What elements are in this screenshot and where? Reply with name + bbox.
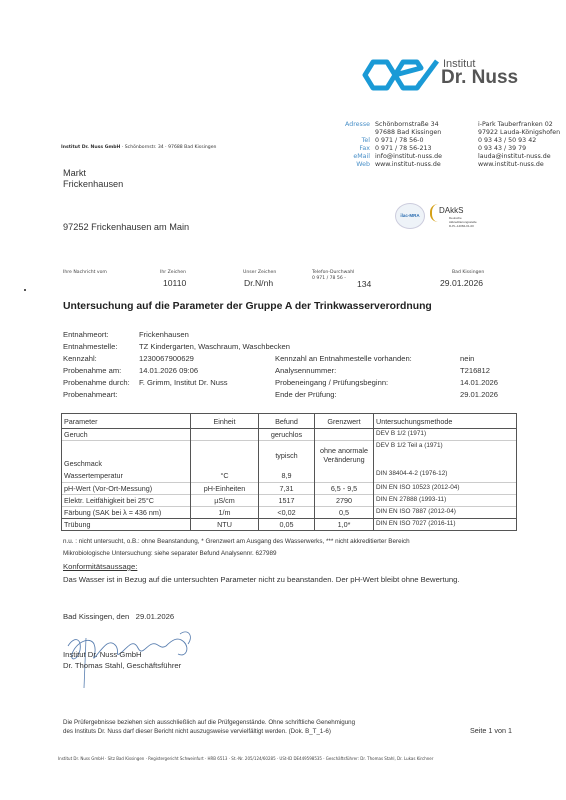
telefon-label: Telefon-Durchwahl [312,270,354,275]
contact-value: 97922 Lauda-Königshofen [478,129,566,137]
disclaimer: Die Prüfergebnisse beziehen sich ausschl… [63,719,355,736]
table-row: Wassertemperatur°C8,9DIN 38404-4-2 (1976… [62,469,517,483]
cell-befund: typisch [259,441,315,470]
cell-methode: DIN 38404-4-2 (1976-12) [374,469,517,483]
contact-label: Adresse [328,121,375,129]
cell-befund: geruchlos [259,429,315,441]
place-date-label: Bad Kissingen, den [63,612,129,621]
contact-label: eMail [328,153,375,161]
cell-befund: 7,31 [259,483,315,495]
dakks-bracket-icon [430,204,438,222]
recipient-line2: Frickenhausen [63,179,123,190]
ilac-text: ilac-MRA [396,213,424,218]
meta-value: 29.01.2026 [460,390,498,399]
place-date: Bad Kissingen, den 29.01.2026 [63,612,174,621]
cell-einheit: 1/m [191,507,259,519]
hexagon-logo-icon [361,58,439,92]
cell-einheit: µS/cm [191,495,259,507]
meta-value: F. Grimm, Institut Dr. Nuss [139,378,228,387]
table-row: pH-Wert (Vor-Ort-Messung)pH-Einheiten7,3… [62,483,517,495]
cell-methode: DIN EN ISO 10523 (2012-04) [374,483,517,495]
meta-label: Ende der Prüfung: [275,390,337,399]
ihre-nachricht-label: Ihre Nachricht vom [63,270,107,275]
recipient-address: Markt Frickenhausen [63,168,123,190]
meta-label: Probenahme durch: [63,378,130,387]
contact-value: Schönbornstraße 34 [375,121,478,129]
table-row: GeruchgeruchlosDEV B 1/2 (1971) [62,429,517,441]
logo-text-drnuss: Dr. Nuss [441,67,518,89]
meta-label: Entnahmeort: [63,330,109,339]
ilac-mra-logo: ilac-MRA [395,203,425,229]
contact-web-link[interactable]: www.institut-nuss.de [478,161,566,169]
unser-zeichen-label: Unser Zeichen [243,270,276,275]
meta-value: 14.01.2026 [460,378,498,387]
cell-grenzwert: 0,5 [315,507,374,519]
legal-footer: Institut Dr. Nuss GmbH · Sitz Bad Kissin… [58,756,433,761]
cell-parameter: pH-Wert (Vor-Ort-Messung) [62,483,191,495]
contact-label: Tel [328,137,375,145]
meta-label: Probenahme am: [63,366,121,375]
sender-address: · Schönbornstr. 34 · 97688 Bad Kissingen [120,145,216,150]
cell-parameter: Färbung (SAK bei λ = 436 nm) [62,507,191,519]
cell-parameter: Elektr. Leitfähigkeit bei 25°C [62,495,191,507]
cell-grenzwert [315,469,374,483]
ort-label: Bad Kissingen [452,270,484,275]
meta-label: Probeneingang / Prüfungsbeginn: [275,378,388,387]
disclaimer-line: des Instituts Dr. Nuss darf dieser Beric… [63,728,355,737]
cell-einheit [191,429,259,441]
table-row: Geschmacktypischohne anormale Veränderun… [62,441,517,470]
recipient-zip-city: 97252 Frickenhausen am Main [63,222,189,232]
konformitaet-text: Das Wasser ist in Bezug auf die untersuc… [63,575,460,584]
meta-label: Kennzahl: [63,354,97,363]
cell-grenzwert: 6,5 - 9,5 [315,483,374,495]
ihr-zeichen-value: 10110 [163,278,186,288]
meta-value: T216812 [460,366,490,375]
page-number: Seite 1 von 1 [470,727,512,736]
recipient-line1: Markt [63,168,123,179]
signature-company: Institut Dr. Nuss GmbH [63,650,142,659]
cell-befund: 1517 [259,495,315,507]
legend-note: n.u. : nicht untersucht, o.B.: ohne Bean… [63,538,410,545]
sender-name: Institut Dr. Nuss GmbH [61,145,120,150]
meta-value: TZ Kindergarten, Waschraum, Waschbecken [139,342,290,351]
meta-value: 1230067900629 [139,354,194,363]
meta-label: Analysennummer: [275,366,336,375]
table-row: Elektr. Leitfähigkeit bei 25°CµS/cm15172… [62,495,517,507]
disclaimer-line: Die Prüfergebnisse beziehen sich ausschl… [63,719,355,728]
konformitaet-heading: Konformitätsaussage: [63,562,137,571]
cell-einheit [191,441,259,470]
sender-line: Institut Dr. Nuss GmbH · Schönbornstr. 3… [61,145,216,150]
table-row: Färbung (SAK bei λ = 436 nm)1/m<0,020,5D… [62,507,517,519]
meta-value: nein [460,354,474,363]
cell-methode: DEV B 1/2 (1971) [374,429,517,441]
cell-methode: DEV B 1/2 Teil a (1971) [374,441,517,470]
cell-parameter: Trübung [62,519,191,531]
cell-methode: DIN EN ISO 7887 (2012-04) [374,507,517,519]
signature-date: 29.01.2026 [136,612,174,621]
contact-label [328,129,375,137]
dakks-title: DAkkS [439,206,463,215]
dakks-logo: DAkkS Deutsche Akkreditierungsstelle D-P… [430,202,510,232]
contact-label: Fax [328,145,375,153]
cell-befund: 8,9 [259,469,315,483]
meta-value: 14.01.2026 09:06 [139,366,198,375]
contact-value: i-Park Tauberfranken 02 [478,121,566,129]
telefon-ext: 134 [357,279,371,289]
institute-logo [361,58,439,92]
column-header: Untersuchungsmethode [374,414,517,429]
contact-email[interactable]: lauda@institut-nuss.de [478,153,566,161]
results-table: Parameter Einheit Befund Grenzwert Unter… [61,413,517,531]
cell-grenzwert: 1,0* [315,519,374,531]
column-header: Einheit [191,414,259,429]
contact-value: 0 971 / 78 56-0 [375,137,478,145]
meta-value: Frickenhausen [139,330,189,339]
signature-signer: Dr. Thomas Stahl, Geschäftsführer [63,661,181,670]
cell-parameter: Geruch [62,429,191,441]
telefon-prefix: 0 971 / 78 56 - [312,276,346,281]
cell-grenzwert: 2790 [315,495,374,507]
cell-befund: <0,02 [259,507,315,519]
column-header: Parameter [62,414,191,429]
contact-block: AdresseSchönbornstraße 34i-Park Tauberfr… [328,121,566,170]
unser-zeichen-value: Dr.N/nh [244,278,273,288]
column-header: Grenzwert [315,414,374,429]
contact-web-link[interactable]: www.institut-nuss.de [375,161,478,169]
cell-einheit: pH-Einheiten [191,483,259,495]
letter-date: 29.01.2026 [440,278,483,288]
cell-methode: DIN EN 27888 (1993-11) [374,495,517,507]
table-row: TrübungNTU0,051,0*DIN EN ISO 7027 (2016-… [62,519,517,531]
table-header-row: Parameter Einheit Befund Grenzwert Unter… [62,414,517,429]
contact-value: 0 93 43 / 50 93 42 [478,137,566,145]
cell-grenzwert: ohne anormale Veränderung [315,441,374,470]
cell-einheit: NTU [191,519,259,531]
micro-note: Mikrobiologische Untersuchung: siehe sep… [63,550,277,557]
contact-email[interactable]: info@institut-nuss.de [375,153,478,161]
report-title: Untersuchung auf die Parameter der Grupp… [63,301,432,312]
contact-label: Web [328,161,375,169]
contact-value: 97688 Bad Kissingen [375,129,478,137]
cell-methode: DIN EN ISO 7027 (2016-11) [374,519,517,531]
column-header: Befund [259,414,315,429]
fold-mark [24,289,26,291]
cell-befund: 0,05 [259,519,315,531]
cell-parameter: Geschmack [62,441,191,470]
meta-label: Entnahmestelle: [63,342,117,351]
cell-parameter: Wassertemperatur [62,469,191,483]
cell-einheit: °C [191,469,259,483]
ihr-zeichen-label: Ihr Zeichen [160,270,186,275]
cell-grenzwert [315,429,374,441]
meta-label: Kennzahl an Entnahmestelle vorhanden: [275,354,412,363]
meta-label: Probenahmeart: [63,390,117,399]
dakks-sub: D-PL-14084-01-00 [449,224,474,228]
